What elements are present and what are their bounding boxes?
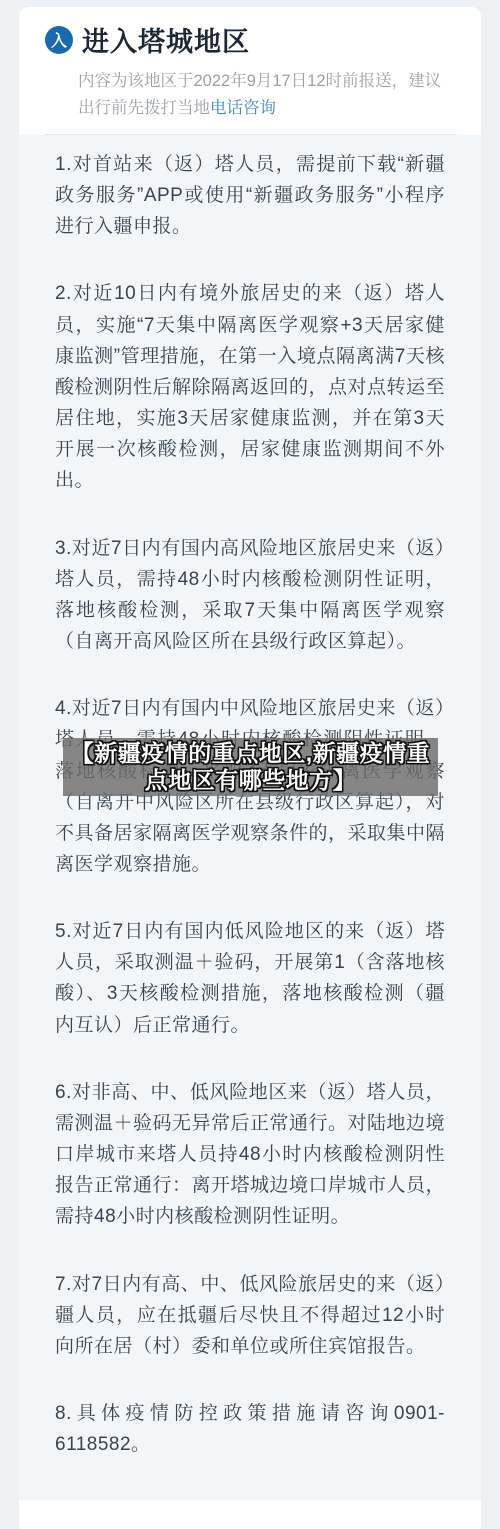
title-row: 入 进入塔城地区 — [45, 20, 459, 59]
policy-paragraph-2: 2.对近10日内有境外旅居史的来（返）塔人员，实施“7天集中隔离医学观察+3天居… — [55, 278, 445, 496]
policy-paragraph-5: 5.对近7日内有国内低风险地区的来（返）塔人员，采取测温＋验码，开展第1（含落地… — [55, 916, 445, 1041]
article-header: 入 进入塔城地区 内容为该地区于2022年9月17日12时前报送，建议出行前先拨… — [19, 7, 481, 134]
policy-paragraph-3: 3.对近7日内有国内高风险地区旅居史来（返）塔人员，需持48小时内核酸检测阴性证… — [55, 533, 445, 658]
report-time-note: 内容为该地区于2022年9月17日12时前报送，建议出行前先拨打当地电话咨询 — [78, 68, 455, 122]
policy-paragraph-1: 1.对首站来（返）塔人员，需提前下载“新疆政务服务”APP或使用“新疆政务服务”… — [55, 149, 445, 242]
page-title: 进入塔城地区 — [82, 20, 250, 59]
enter-circle-icon: 入 — [45, 26, 73, 54]
watermark-banner: 【新疆疫情的重点地区,新疆疫情重点地区有哪些地方】 — [63, 738, 438, 796]
policy-paragraph-8: 8.具体疫情防控政策措施请咨询0901-6118582。 — [55, 1398, 445, 1460]
policy-paragraph-6: 6.对非高、中、低风险地区来（返）塔人员，需测温＋验码无异常后正常通行。对陆地边… — [55, 1077, 445, 1233]
policy-list: 1.对首站来（返）塔人员，需提前下载“新疆政务服务”APP或使用“新疆政务服务”… — [19, 135, 481, 1500]
enter-icon-glyph: 入 — [51, 28, 67, 51]
phone-consult-link[interactable]: 电话咨询 — [210, 99, 276, 117]
policy-paragraph-7: 7.对7日内有高、中、低风险旅居史的来（返）疆人员，应在抵疆后尽快且不得超过12… — [55, 1269, 445, 1362]
watermark-text: 【新疆疫情的重点地区,新疆疫情重点地区有哪些地方】 — [69, 740, 432, 794]
